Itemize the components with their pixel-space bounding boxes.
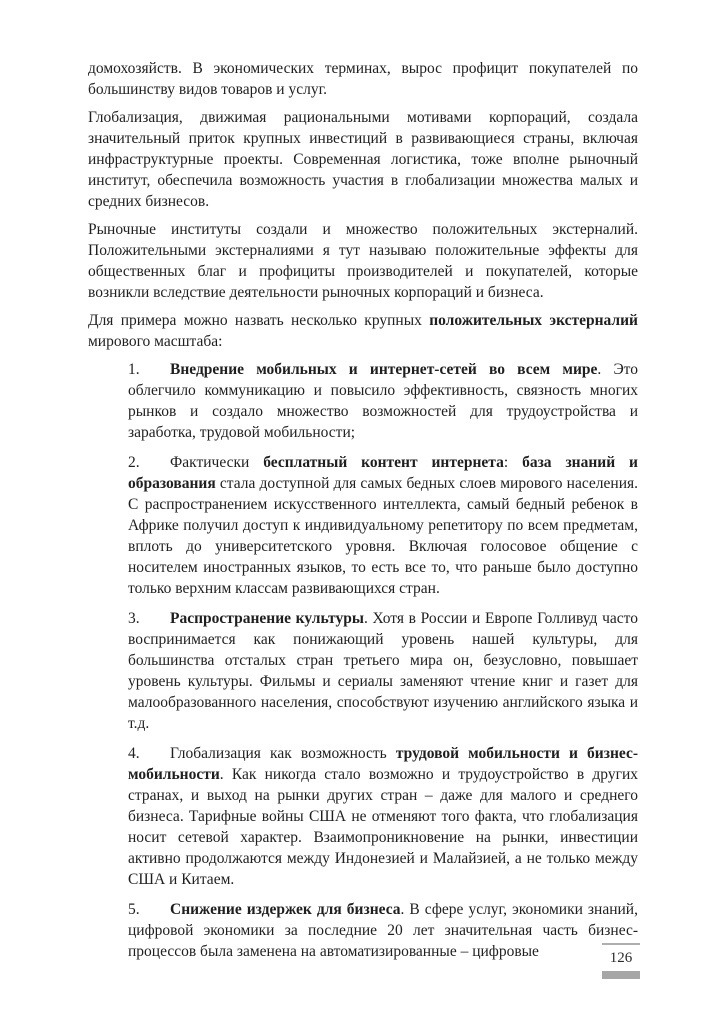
bold-text: бесплатный контент интернета (263, 454, 504, 471)
paragraph-text: Для примера можно назвать несколько круп… (88, 312, 429, 329)
bold-text: Распространение культуры (170, 610, 364, 627)
list-number: 2. (128, 452, 170, 473)
list-number: 3. (128, 608, 170, 629)
list-number: 1. (128, 359, 170, 380)
list-number: 4. (128, 743, 170, 764)
footer-gray-bar (602, 971, 640, 979)
paragraph-text: : (504, 454, 522, 471)
bold-text: Снижение издержек для бизнеса (170, 901, 401, 918)
paragraph-text: стала доступной для самых бедных слоев м… (128, 475, 638, 597)
paragraph-text: мирового масштаба: (88, 333, 222, 350)
paragraph-text: . Хотя в России и Европе Голливуд часто … (128, 610, 638, 732)
page-number: 126 (602, 945, 640, 971)
paragraph-text: Фактически (170, 454, 263, 471)
paragraph-households: домохозяйств. В экономических терминах, … (88, 58, 638, 100)
paragraph-text: Рыночные институты создали и множество п… (88, 221, 638, 301)
list-item-1: 1.Внедрение мобильных и интернет-сетей в… (128, 359, 638, 443)
bold-text: Внедрение мобильных и интернет-сетей во … (170, 361, 597, 378)
list-number: 5. (128, 899, 170, 920)
page-text-block: домохозяйств. В экономических терминах, … (88, 58, 638, 971)
paragraph-text: . Как никогда стало возможно и трудоустр… (128, 766, 638, 888)
paragraph-market-institutes: Рыночные институты создали и множество п… (88, 219, 638, 303)
list-item-2: 2.Фактически бесплатный контент интернет… (128, 452, 638, 599)
list-item-5: 5.Снижение издержек для бизнеса. В сфере… (128, 899, 638, 962)
bold-text: положительных экстерналий (429, 312, 638, 329)
list-item-3: 3.Распространение культуры. Хотя в Росси… (128, 608, 638, 734)
paragraph-text: Глобализация как возможность (170, 745, 396, 762)
page-footer: 126 (602, 943, 640, 979)
list-item-4: 4.Глобализация как возможность трудовой … (128, 743, 638, 890)
paragraph-globalization-investments: Глобализация, движимая рациональными мот… (88, 107, 638, 212)
document-page: домохозяйств. В экономических терминах, … (0, 0, 725, 1024)
paragraph-text: домохозяйств. В экономических терминах, … (88, 60, 638, 98)
paragraph-text: Глобализация, движимая рациональными мот… (88, 109, 638, 210)
paragraph-examples-intro: Для примера можно назвать несколько круп… (88, 310, 638, 352)
